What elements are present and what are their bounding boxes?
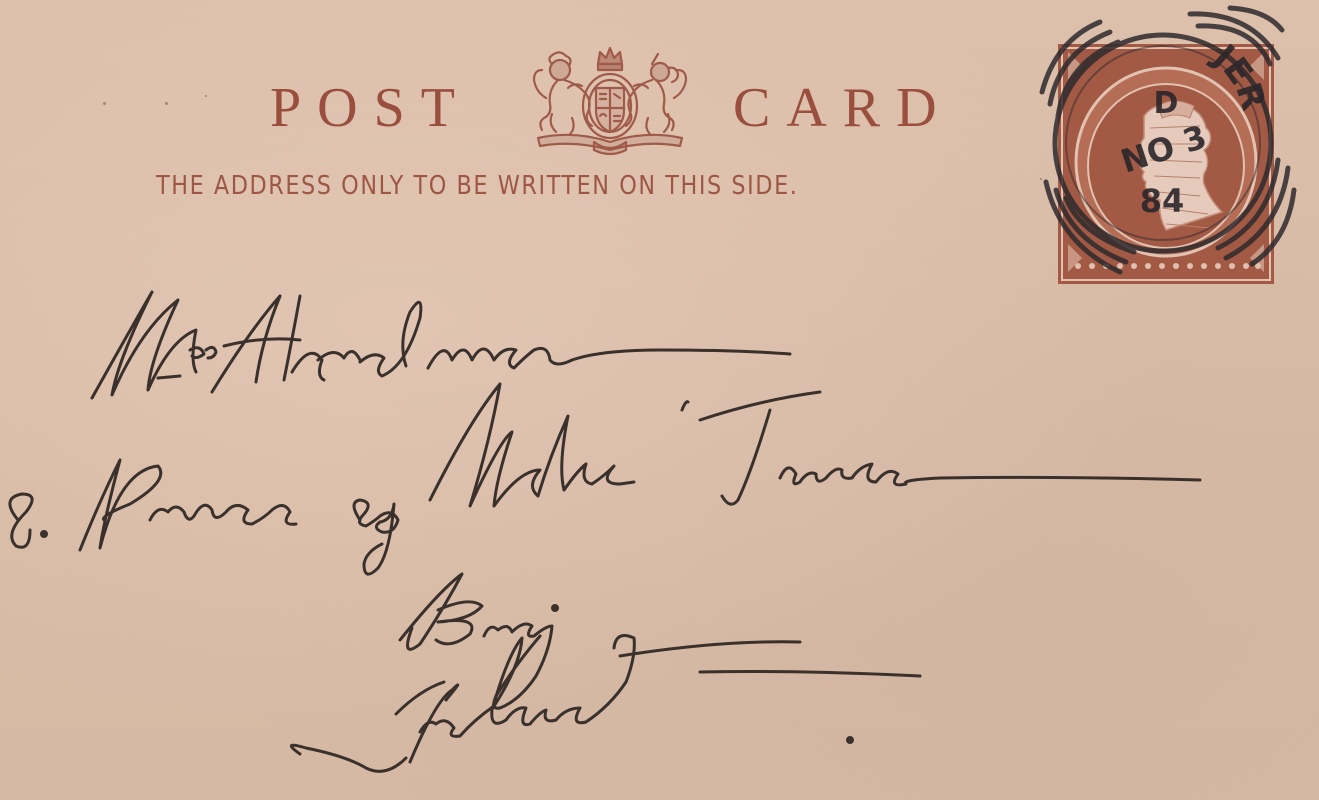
handwritten-address	[0, 0, 1319, 800]
